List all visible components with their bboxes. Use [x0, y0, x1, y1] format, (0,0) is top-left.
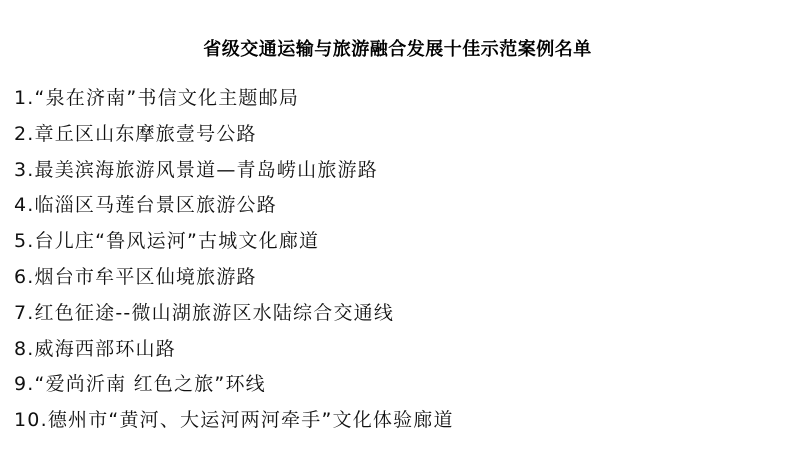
list-item: 3.最美滨海旅游风景道—青岛崂山旅游路: [14, 155, 454, 191]
list-item: 9.“爱尚沂南 红色之旅”环线: [14, 369, 454, 405]
document-title: 省级交通运输与旅游融合发展十佳示范案例名单: [0, 37, 795, 63]
list-item: 10.德州市“黄河、大运河两河牵手”文化体验廊道: [14, 405, 454, 441]
list-item: 2.章丘区山东摩旅壹号公路: [14, 119, 454, 155]
list-item: 6.烟台市牟平区仙境旅游路: [14, 262, 454, 298]
list-item: 8.威海西部环山路: [14, 334, 454, 370]
list-item: 5.台儿庄“鲁风运河”古城文化廊道: [14, 226, 454, 262]
case-list: 1.“泉在济南”书信文化主题邮局 2.章丘区山东摩旅壹号公路 3.最美滨海旅游风…: [14, 83, 454, 441]
list-item: 4.临淄区马莲台景区旅游公路: [14, 190, 454, 226]
list-item: 1.“泉在济南”书信文化主题邮局: [14, 83, 454, 119]
list-item: 7.红色征途--微山湖旅游区水陆综合交通线: [14, 298, 454, 334]
